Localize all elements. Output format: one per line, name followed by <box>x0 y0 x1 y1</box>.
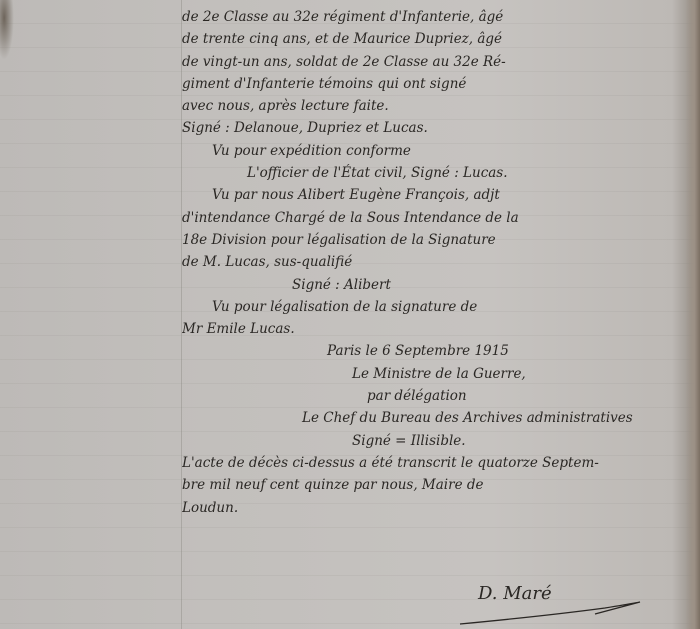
page-stain <box>0 0 14 60</box>
alibert-signature-line: Signé : Alibert <box>182 274 687 296</box>
illegible-signature-line: Signé = Illisible. <box>182 430 687 452</box>
text-line: L'acte de décès ci-dessus a été transcri… <box>182 452 687 474</box>
text-line: Vu pour légalisation de la signature de <box>182 296 687 318</box>
text-line: Mr Emile Lucas. <box>182 318 687 340</box>
text-line: Vu par nous Alibert Eugène François, adj… <box>182 184 687 206</box>
binding-edge <box>686 0 700 629</box>
text-line: bre mil neuf cent quinze par nous, Maire… <box>182 474 687 496</box>
date-line: Paris le 6 Septembre 1915 <box>182 340 687 362</box>
text-line: par délégation <box>182 385 687 407</box>
text-line: de trente cinq ans, et de Maurice Duprie… <box>182 28 687 50</box>
text-line: Vu pour expédition conforme <box>182 140 687 162</box>
text-line: 18e Division pour légalisation de la Sig… <box>182 229 687 251</box>
text-line: de vingt-un ans, soldat de 2e Classe au … <box>182 51 687 73</box>
text-line: d'intendance Chargé de la Sous Intendanc… <box>182 207 687 229</box>
text-line: Le Chef du Bureau des Archives administr… <box>182 407 687 429</box>
text-line: de 2e Classe au 32e régiment d'Infanteri… <box>182 6 687 28</box>
signatures-line: Signé : Delanoue, Dupriez et Lucas. <box>182 117 687 139</box>
document-page: de 2e Classe au 32e régiment d'Infanteri… <box>0 0 700 629</box>
text-line: de M. Lucas, sus-qualifié <box>182 251 687 273</box>
text-line: Loudun. <box>182 497 687 519</box>
text-line: giment d'Infanterie témoins qui ont sign… <box>182 73 687 95</box>
signature-flourish-icon <box>455 596 655 626</box>
text-line: Le Ministre de la Guerre, <box>182 363 687 385</box>
text-line: avec nous, après lecture faite. <box>182 95 687 117</box>
officer-signature-line: L'officier de l'État civil, Signé : Luca… <box>182 162 687 184</box>
handwritten-text-block: de 2e Classe au 32e régiment d'Infanteri… <box>182 6 687 519</box>
